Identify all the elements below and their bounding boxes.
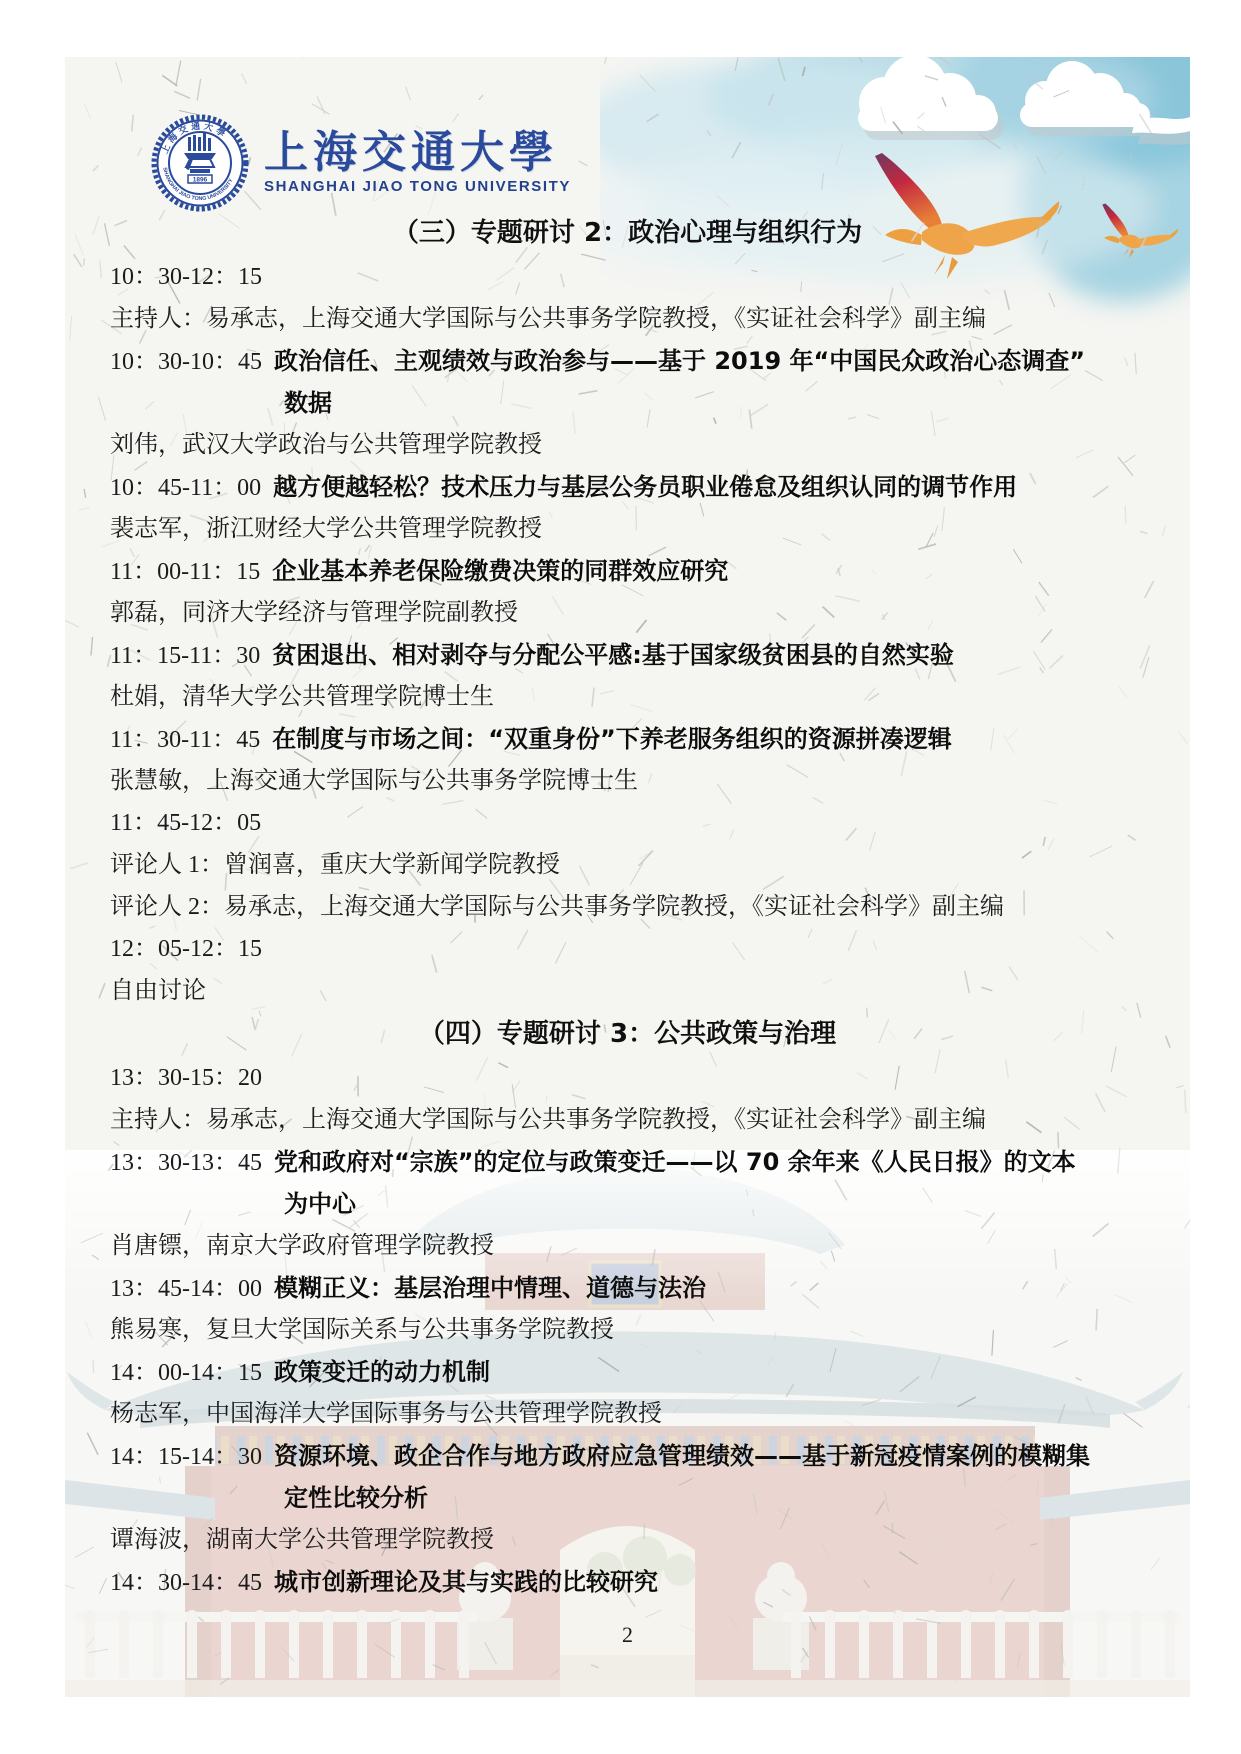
line-text: 评论人 1：曾润喜，重庆大学新闻学院教授: [110, 852, 560, 878]
page-number: 2: [65, 1622, 1190, 1648]
schedule-line: 11：00-11：15企业基本养老保险缴费决策的同群效应研究: [65, 550, 1190, 592]
talk-title: 政策变迁的动力机制: [274, 1358, 490, 1386]
schedule-line: 刘伟，武汉大学政治与公共管理学院教授: [65, 424, 1190, 466]
logo-english-name: SHANGHAI JIAO TONG UNIVERSITY: [264, 177, 571, 197]
line-text: 谭海波，湖南大学公共管理学院教授: [110, 1527, 494, 1553]
schedule-line: 杨志军，中国海洋大学国际事务与公共管理学院教授: [65, 1393, 1190, 1435]
schedule-line: 数据: [65, 382, 1190, 424]
line-text: 12：05-12：15: [110, 936, 262, 962]
line-text: 郭磊，同济大学经济与管理学院副教授: [110, 600, 518, 626]
emblem-year: 1896: [193, 177, 208, 184]
talk-title: 数据: [284, 389, 332, 417]
talk-title: 模糊正义：基层治理中情理、道德与法治: [274, 1274, 706, 1302]
schedule-line: 13：45-14：00模糊正义：基层治理中情理、道德与法治: [65, 1267, 1190, 1309]
time-text: 11：15-11：30: [110, 643, 260, 669]
schedule-line: 裴志军，浙江财经大学公共管理学院教授: [65, 508, 1190, 550]
talk-title: 为中心: [284, 1190, 356, 1218]
time-text: 13：45-14：00: [110, 1276, 262, 1302]
talk-title: 越方便越轻松？技术压力与基层公务员职业倦怠及组织认同的调节作用: [273, 473, 1017, 501]
schedule-line: 12：05-12：15: [65, 928, 1190, 970]
schedule-line: 评论人 2：易承志，上海交通大学国际与公共事务学院教授，《实证社会科学》副主编: [65, 886, 1190, 928]
line-text: 11：45-12：05: [110, 810, 261, 836]
line-text: 杨志军，中国海洋大学国际事务与公共管理学院教授: [110, 1401, 662, 1427]
schedule-line: 自由讨论: [65, 970, 1190, 1012]
schedule-line: 10：30-10：45政治信任、主观绩效与政治参与——基于 2019 年“中国民…: [65, 340, 1190, 382]
schedule-line: 主持人：易承志，上海交通大学国际与公共事务学院教授，《实证社会科学》副主编: [65, 298, 1190, 340]
schedule-line: 11：15-11：30贫困退出、相对剥夺与分配公平感:基于国家级贫困县的自然实验: [65, 634, 1190, 676]
line-text: 刘伟，武汉大学政治与公共管理学院教授: [110, 432, 542, 458]
document-content: 上海交通大學 SHANGHAI JIAO TONG UNIVERSITY 189…: [65, 57, 1190, 1603]
line-text: 张慧敏，上海交通大学国际与公共事务学院博士生: [110, 768, 638, 794]
time-text: 11：00-11：15: [110, 559, 260, 585]
schedule-line: 熊易寒，复旦大学国际关系与公共事务学院教授: [65, 1309, 1190, 1351]
university-logo: 上海交通大學 SHANGHAI JIAO TONG UNIVERSITY 189…: [150, 115, 1190, 211]
schedule-line: 评论人 1：曾润喜，重庆大学新闻学院教授: [65, 844, 1190, 886]
line-text: 熊易寒，复旦大学国际关系与公共事务学院教授: [110, 1317, 614, 1343]
line-text: 13：30-15：20: [110, 1065, 262, 1091]
time-text: 14：00-14：15: [110, 1360, 262, 1386]
time-text: 14：15-14：30: [110, 1444, 262, 1470]
schedule-body: （三）专题研讨 2：政治心理与组织行为10：30-12：15主持人：易承志，上海…: [65, 211, 1190, 1603]
talk-title: 贫困退出、相对剥夺与分配公平感:基于国家级贫困县的自然实验: [272, 641, 954, 669]
schedule-line: 主持人：易承志，上海交通大学国际与公共事务学院教授，《实证社会科学》副主编: [65, 1099, 1190, 1141]
schedule-line: 11：45-12：05: [65, 802, 1190, 844]
schedule-line: 谭海波，湖南大学公共管理学院教授: [65, 1519, 1190, 1561]
talk-title: 企业基本养老保险缴费决策的同群效应研究: [272, 557, 728, 585]
schedule-line: 张慧敏，上海交通大学国际与公共事务学院博士生: [65, 760, 1190, 802]
schedule-line: 14：15-14：30资源环境、政企合作与地方政府应急管理绩效——基于新冠疫情案…: [65, 1435, 1190, 1477]
line-text: 评论人 2：易承志，上海交通大学国际与公共事务学院教授，《实证社会科学》副主编: [110, 894, 1004, 920]
line-text: 肖唐镖，南京大学政府管理学院教授: [110, 1233, 494, 1259]
time-text: 14：30-14：45: [110, 1570, 262, 1596]
talk-title: 定性比较分析: [284, 1484, 428, 1512]
talk-title: 资源环境、政企合作与地方政府应急管理绩效——基于新冠疫情案例的模糊集: [274, 1442, 1090, 1470]
university-emblem-icon: 上海交通大學 SHANGHAI JIAO TONG UNIVERSITY 189…: [150, 113, 250, 213]
schedule-line: 郭磊，同济大学经济与管理学院副教授: [65, 592, 1190, 634]
line-text: 主持人：易承志，上海交通大学国际与公共事务学院教授，《实证社会科学》副主编: [110, 1107, 986, 1133]
line-text: 10：30-12：15: [110, 264, 262, 290]
talk-title: 在制度与市场之间：“双重身份”下养老服务组织的资源拼凑逻辑: [272, 725, 952, 753]
schedule-line: 10：30-12：15: [65, 256, 1190, 298]
logo-chinese-name: 上海交通大學: [264, 129, 571, 177]
talk-title: 城市创新理论及其与实践的比较研究: [274, 1568, 658, 1596]
schedule-line: 13：30-15：20: [65, 1057, 1190, 1099]
time-text: 10：30-10：45: [110, 349, 262, 375]
time-text: 11：30-11：45: [110, 727, 260, 753]
time-text: 10：45-11：00: [110, 475, 261, 501]
line-text: 主持人：易承志，上海交通大学国际与公共事务学院教授，《实证社会科学》副主编: [110, 306, 986, 332]
schedule-line: 14：00-14：15政策变迁的动力机制: [65, 1351, 1190, 1393]
time-text: 13：30-13：45: [110, 1150, 262, 1176]
logo-wordmark: 上海交通大學 SHANGHAI JIAO TONG UNIVERSITY: [264, 129, 571, 197]
talk-title: 党和政府对“宗族”的定位与政策变迁——以 70 余年来《人民日报》的文本: [274, 1148, 1076, 1176]
schedule-line: 为中心: [65, 1183, 1190, 1225]
schedule-line: 定性比较分析: [65, 1477, 1190, 1519]
schedule-line: 13：30-13：45党和政府对“宗族”的定位与政策变迁——以 70 余年来《人…: [65, 1141, 1190, 1183]
talk-title: 政治信任、主观绩效与政治参与——基于 2019 年“中国民众政治心态调查”: [274, 347, 1085, 375]
schedule-line: 14：30-14：45城市创新理论及其与实践的比较研究: [65, 1561, 1190, 1603]
section-heading: （三）专题研讨 2：政治心理与组织行为: [65, 211, 1190, 256]
schedule-line: 肖唐镖，南京大学政府管理学院教授: [65, 1225, 1190, 1267]
schedule-line: 杜娟，清华大学公共管理学院博士生: [65, 676, 1190, 718]
section-heading: （四）专题研讨 3：公共政策与治理: [65, 1012, 1190, 1057]
line-text: 自由讨论: [110, 978, 206, 1004]
conference-program-page: 上海交通大學 SHANGHAI JIAO TONG UNIVERSITY 189…: [0, 0, 1241, 1754]
schedule-line: 11：30-11：45在制度与市场之间：“双重身份”下养老服务组织的资源拼凑逻辑: [65, 718, 1190, 760]
schedule-line: 10：45-11：00越方便越轻松？技术压力与基层公务员职业倦怠及组织认同的调节…: [65, 466, 1190, 508]
line-text: 裴志军，浙江财经大学公共管理学院教授: [110, 516, 542, 542]
line-text: 杜娟，清华大学公共管理学院博士生: [110, 684, 494, 710]
